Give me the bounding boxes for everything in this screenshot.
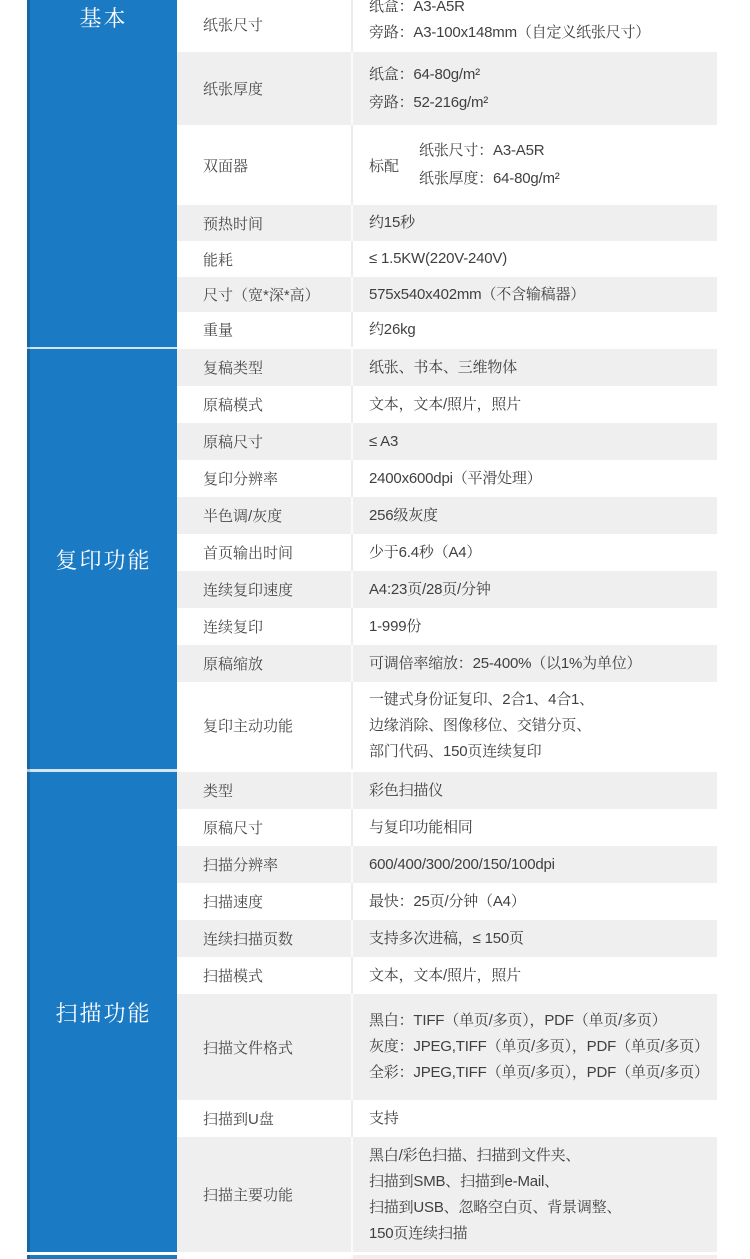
- section-header-scan: 扫描功能: [27, 772, 177, 1252]
- spec-sheet: 基本 纸张尺寸纸盒：A3-A5R旁路：A3-100x148mm（自定义纸张尺寸）…: [0, 0, 750, 1259]
- spec-name-cell: 复印主动功能: [177, 682, 351, 769]
- spec-value-lines: ≤ A3: [369, 429, 398, 455]
- spec-value-cell: 文本，文本/照片，照片: [351, 957, 717, 994]
- section-label-scan: 扫描功能: [55, 997, 151, 1028]
- spec-value-cell: 文本，文本/照片，照片: [351, 386, 717, 423]
- spec-row: 纸张尺寸纸盒：A3-A5R旁路：A3-100x148mm（自定义纸张尺寸）: [177, 0, 717, 52]
- spec-name-cell: 扫描文件格式: [177, 994, 351, 1100]
- spec-row: 尺寸（宽*深*高）575x540x402mm（不含输稿器）: [177, 277, 717, 312]
- spec-value-line: 支持多次进稿，≤ 150页: [369, 926, 524, 952]
- spec-table: 基本 纸张尺寸纸盒：A3-A5R旁路：A3-100x148mm（自定义纸张尺寸）…: [27, 0, 717, 1259]
- section-rows-basic: 纸张尺寸纸盒：A3-A5R旁路：A3-100x148mm（自定义纸张尺寸）纸张厚…: [177, 0, 717, 347]
- spec-value-line: 256级灰度: [369, 503, 438, 529]
- spec-value-lines: 1-999份: [369, 614, 421, 640]
- spec-value-lines: 与复印功能相同: [369, 815, 473, 841]
- spec-value-lines: 黑白/彩色扫描、扫描到文件夹、扫描到SMB、扫描到e-Mail、扫描到USB、忽…: [369, 1143, 621, 1247]
- section-next-partial: [27, 1255, 717, 1259]
- spec-row: 半色调/灰度256级灰度: [177, 497, 717, 534]
- spec-value-lines: 少于6.4秒（A4）: [369, 540, 481, 566]
- spec-value-lines: 约26kg: [369, 317, 416, 343]
- spec-name-cell: 扫描到U盘: [177, 1100, 351, 1137]
- spec-value-line: 黑白/彩色扫描、扫描到文件夹、: [369, 1143, 621, 1169]
- spec-value-line: 旁路：52-216g/m²: [369, 89, 488, 117]
- section-rows-copy: 复稿类型纸张、书本、三维物体原稿模式文本，文本/照片，照片原稿尺寸≤ A3复印分…: [177, 349, 717, 769]
- spec-value-cell: ≤ A3: [351, 423, 717, 460]
- spec-value-lines: 256级灰度: [369, 503, 438, 529]
- spec-value-line: 150页连续扫描: [369, 1221, 621, 1247]
- spec-name-cell: 半色调/灰度: [177, 497, 351, 534]
- spec-value-line: 扫描到SMB、扫描到e-Mail、: [369, 1169, 621, 1195]
- spec-value-cell: 约15秒: [351, 205, 717, 241]
- spec-value-cell: 纸张、书本、三维物体: [351, 349, 717, 386]
- spec-name-cell: 复印分辨率: [177, 460, 351, 497]
- spec-value-line: 边缘消除、图像移位、交错分页、: [369, 713, 594, 739]
- spec-value-lines: 纸张尺寸：A3-A5R纸张厚度：64-80g/m²: [419, 137, 560, 193]
- spec-value-line: 纸盒：64-80g/m²: [369, 61, 488, 89]
- section-label-copy: 复印功能: [55, 544, 151, 575]
- spec-name-cell: 连续复印: [177, 608, 351, 645]
- spec-value-cell: 标配纸张尺寸：A3-A5R纸张厚度：64-80g/m²: [351, 125, 717, 205]
- spec-value-line: 旁路：A3-100x148mm（自定义纸张尺寸）: [369, 20, 650, 46]
- section-copy: 复印功能 复稿类型纸张、书本、三维物体原稿模式文本，文本/照片，照片原稿尺寸≤ …: [27, 349, 717, 769]
- spec-row: 复印主动功能一键式身份证复印、2合1、4合1、边缘消除、图像移位、交错分页、部门…: [177, 682, 717, 769]
- spec-row: 复印分辨率2400x600dpi（平滑处理）: [177, 460, 717, 497]
- spec-value-lines: A4:23页/28页/分钟: [369, 577, 491, 603]
- spec-name-cell: 原稿尺寸: [177, 809, 351, 846]
- spec-value-lines: 2400x600dpi（平滑处理）: [369, 466, 542, 492]
- spec-value-line: 约26kg: [369, 317, 416, 343]
- spec-value-cell: 256级灰度: [351, 497, 717, 534]
- spec-row: 扫描分辨率600/400/300/200/150/100dpi: [177, 846, 717, 883]
- spec-name-cell: 首页输出时间: [177, 534, 351, 571]
- spec-row: 预热时间约15秒: [177, 205, 717, 241]
- spec-row: 原稿尺寸与复印功能相同: [177, 809, 717, 846]
- spec-name-cell: 扫描分辨率: [177, 846, 351, 883]
- section-header-basic: 基本: [27, 0, 177, 347]
- spec-value-line: 彩色扫描仪: [369, 778, 443, 804]
- spec-name-cell: 扫描模式: [177, 957, 351, 994]
- spec-name-cell: 预热时间: [177, 205, 351, 241]
- spec-value-line: 部门代码、150页连续复印: [369, 739, 594, 765]
- spec-value-line: 一键式身份证复印、2合1、4合1、: [369, 687, 594, 713]
- spec-value-line: 黑白：TIFF（单页/多页），PDF（单页/多页）: [369, 1008, 709, 1034]
- spec-value-lines: 一键式身份证复印、2合1、4合1、边缘消除、图像移位、交错分页、部门代码、150…: [369, 687, 594, 765]
- spec-value-line: ≤ 1.5KW(220V-240V): [369, 246, 507, 272]
- spec-value-line: 纸张厚度：64-80g/m²: [419, 165, 560, 193]
- spec-value-cell: 最快：25页/分钟（A4）: [351, 883, 717, 920]
- spec-value-line: 全彩：JPEG,TIFF（单页/多页），PDF（单页/多页）: [369, 1060, 709, 1086]
- partial-name-cell: [177, 1255, 351, 1259]
- partial-value-cell: [351, 1255, 717, 1259]
- spec-row: 扫描到U盘支持: [177, 1100, 717, 1137]
- spec-value-line: 1-999份: [369, 614, 421, 640]
- spec-value-cell: 与复印功能相同: [351, 809, 717, 846]
- spec-row: 重量约26kg: [177, 312, 717, 347]
- spec-row: 原稿尺寸≤ A3: [177, 423, 717, 460]
- spec-name-cell: 复稿类型: [177, 349, 351, 386]
- spec-name-cell: 原稿缩放: [177, 645, 351, 682]
- spec-row: 扫描文件格式黑白：TIFF（单页/多页），PDF（单页/多页）灰度：JPEG,T…: [177, 994, 717, 1100]
- spec-row: 原稿缩放可调倍率缩放：25-400%（以1%为单位）: [177, 645, 717, 682]
- section-scan: 扫描功能 类型彩色扫描仪原稿尺寸与复印功能相同扫描分辨率600/400/300/…: [27, 772, 717, 1252]
- spec-value-cell: ≤ 1.5KW(220V-240V): [351, 241, 717, 277]
- spec-value-cell: 黑白：TIFF（单页/多页），PDF（单页/多页）灰度：JPEG,TIFF（单页…: [351, 994, 717, 1100]
- spec-value-line: 最快：25页/分钟（A4）: [369, 889, 526, 915]
- spec-value-lines: 600/400/300/200/150/100dpi: [369, 852, 555, 878]
- spec-name-cell: 连续扫描页数: [177, 920, 351, 957]
- spec-row: 类型彩色扫描仪: [177, 772, 717, 809]
- spec-name-cell: 类型: [177, 772, 351, 809]
- spec-value-lines: 可调倍率缩放：25-400%（以1%为单位）: [369, 651, 641, 677]
- spec-value-line: 2400x600dpi（平滑处理）: [369, 466, 542, 492]
- spec-value-lines: 纸盒：64-80g/m²旁路：52-216g/m²: [369, 61, 488, 117]
- spec-value-cell: 可调倍率缩放：25-400%（以1%为单位）: [351, 645, 717, 682]
- spec-name-cell: 扫描速度: [177, 883, 351, 920]
- spec-row: 双面器标配纸张尺寸：A3-A5R纸张厚度：64-80g/m²: [177, 125, 717, 205]
- spec-value-cell: 少于6.4秒（A4）: [351, 534, 717, 571]
- spec-name-cell: 原稿模式: [177, 386, 351, 423]
- spec-name-cell: 纸张尺寸: [177, 0, 351, 52]
- spec-value-line: 纸张尺寸：A3-A5R: [419, 137, 560, 165]
- spec-value-line: 扫描到USB、忽略空白页、背景调整、: [369, 1195, 621, 1221]
- spec-row: 纸张厚度纸盒：64-80g/m²旁路：52-216g/m²: [177, 52, 717, 125]
- spec-value-cell: 一键式身份证复印、2合1、4合1、边缘消除、图像移位、交错分页、部门代码、150…: [351, 682, 717, 769]
- section-header-copy: 复印功能: [27, 349, 177, 769]
- spec-name-cell: 纸张厚度: [177, 52, 351, 125]
- spec-value-cell: A4:23页/28页/分钟: [351, 571, 717, 608]
- spec-value-line: 600/400/300/200/150/100dpi: [369, 852, 555, 878]
- spec-value-line: 575x540x402mm（不含输稿器）: [369, 282, 585, 308]
- section-rows-scan: 类型彩色扫描仪原稿尺寸与复印功能相同扫描分辨率600/400/300/200/1…: [177, 772, 717, 1252]
- spec-value-lines: 纸张、书本、三维物体: [369, 355, 517, 381]
- spec-value-lines: 约15秒: [369, 210, 415, 236]
- spec-value-line: ≤ A3: [369, 429, 398, 455]
- spec-row: 扫描模式文本，文本/照片，照片: [177, 957, 717, 994]
- spec-name-cell: 原稿尺寸: [177, 423, 351, 460]
- spec-row: 扫描速度最快：25页/分钟（A4）: [177, 883, 717, 920]
- spec-value-lines: 文本，文本/照片，照片: [369, 392, 521, 418]
- spec-value-cell: 彩色扫描仪: [351, 772, 717, 809]
- spec-value-prefix: 标配: [369, 155, 399, 176]
- spec-value-cell: 支持: [351, 1100, 717, 1137]
- spec-value-line: 文本，文本/照片，照片: [369, 963, 521, 989]
- spec-name-cell: 重量: [177, 312, 351, 347]
- spec-value-lines: 支持: [369, 1106, 399, 1132]
- spec-value-line: 纸盒：A3-A5R: [369, 0, 650, 20]
- spec-name-cell: 尺寸（宽*深*高）: [177, 277, 351, 312]
- spec-value-cell: 575x540x402mm（不含输稿器）: [351, 277, 717, 312]
- spec-row: 连续扫描页数支持多次进稿，≤ 150页: [177, 920, 717, 957]
- spec-value-line: 与复印功能相同: [369, 815, 473, 841]
- spec-name-cell: 连续复印速度: [177, 571, 351, 608]
- spec-value-cell: 黑白/彩色扫描、扫描到文件夹、扫描到SMB、扫描到e-Mail、扫描到USB、忽…: [351, 1137, 717, 1252]
- spec-name-cell: 能耗: [177, 241, 351, 277]
- spec-value-lines: ≤ 1.5KW(220V-240V): [369, 246, 507, 272]
- spec-value-cell: 2400x600dpi（平滑处理）: [351, 460, 717, 497]
- spec-value-cell: 1-999份: [351, 608, 717, 645]
- spec-value-line: 少于6.4秒（A4）: [369, 540, 481, 566]
- spec-value-cell: 600/400/300/200/150/100dpi: [351, 846, 717, 883]
- spec-row: 能耗≤ 1.5KW(220V-240V): [177, 241, 717, 277]
- spec-value-line: 支持: [369, 1106, 399, 1132]
- spec-row: 连续复印速度A4:23页/28页/分钟: [177, 571, 717, 608]
- spec-value-line: 约15秒: [369, 210, 415, 236]
- spec-row: 原稿模式文本，文本/照片，照片: [177, 386, 717, 423]
- spec-value-line: 纸张、书本、三维物体: [369, 355, 517, 381]
- section-basic: 基本 纸张尺寸纸盒：A3-A5R旁路：A3-100x148mm（自定义纸张尺寸）…: [27, 0, 717, 347]
- spec-value-cell: 纸盒：64-80g/m²旁路：52-216g/m²: [351, 52, 717, 125]
- spec-value-lines: 黑白：TIFF（单页/多页），PDF（单页/多页）灰度：JPEG,TIFF（单页…: [369, 1008, 709, 1086]
- section-label-basic: 基本: [79, 2, 127, 33]
- spec-value-lines: 575x540x402mm（不含输稿器）: [369, 282, 585, 308]
- spec-row: 扫描主要功能黑白/彩色扫描、扫描到文件夹、扫描到SMB、扫描到e-Mail、扫描…: [177, 1137, 717, 1252]
- spec-value-cell: 约26kg: [351, 312, 717, 347]
- spec-value-line: 可调倍率缩放：25-400%（以1%为单位）: [369, 651, 641, 677]
- spec-value-lines: 彩色扫描仪: [369, 778, 443, 804]
- spec-name-cell: 双面器: [177, 125, 351, 205]
- spec-value-line: 文本，文本/照片，照片: [369, 392, 521, 418]
- spec-value-lines: 最快：25页/分钟（A4）: [369, 889, 526, 915]
- spec-row: 复稿类型纸张、书本、三维物体: [177, 349, 717, 386]
- section-header-next: [27, 1255, 177, 1259]
- spec-value-lines: 纸盒：A3-A5R旁路：A3-100x148mm（自定义纸张尺寸）: [369, 0, 650, 46]
- spec-row: 连续复印1-999份: [177, 608, 717, 645]
- spec-value-cell: 支持多次进稿，≤ 150页: [351, 920, 717, 957]
- spec-value-cell: 纸盒：A3-A5R旁路：A3-100x148mm（自定义纸张尺寸）: [351, 0, 717, 52]
- spec-name-cell: 扫描主要功能: [177, 1137, 351, 1252]
- spec-row: 首页输出时间少于6.4秒（A4）: [177, 534, 717, 571]
- spec-value-lines: 支持多次进稿，≤ 150页: [369, 926, 524, 952]
- spec-value-line: A4:23页/28页/分钟: [369, 577, 491, 603]
- spec-value-line: 灰度：JPEG,TIFF（单页/多页），PDF（单页/多页）: [369, 1034, 709, 1060]
- spec-value-lines: 文本，文本/照片，照片: [369, 963, 521, 989]
